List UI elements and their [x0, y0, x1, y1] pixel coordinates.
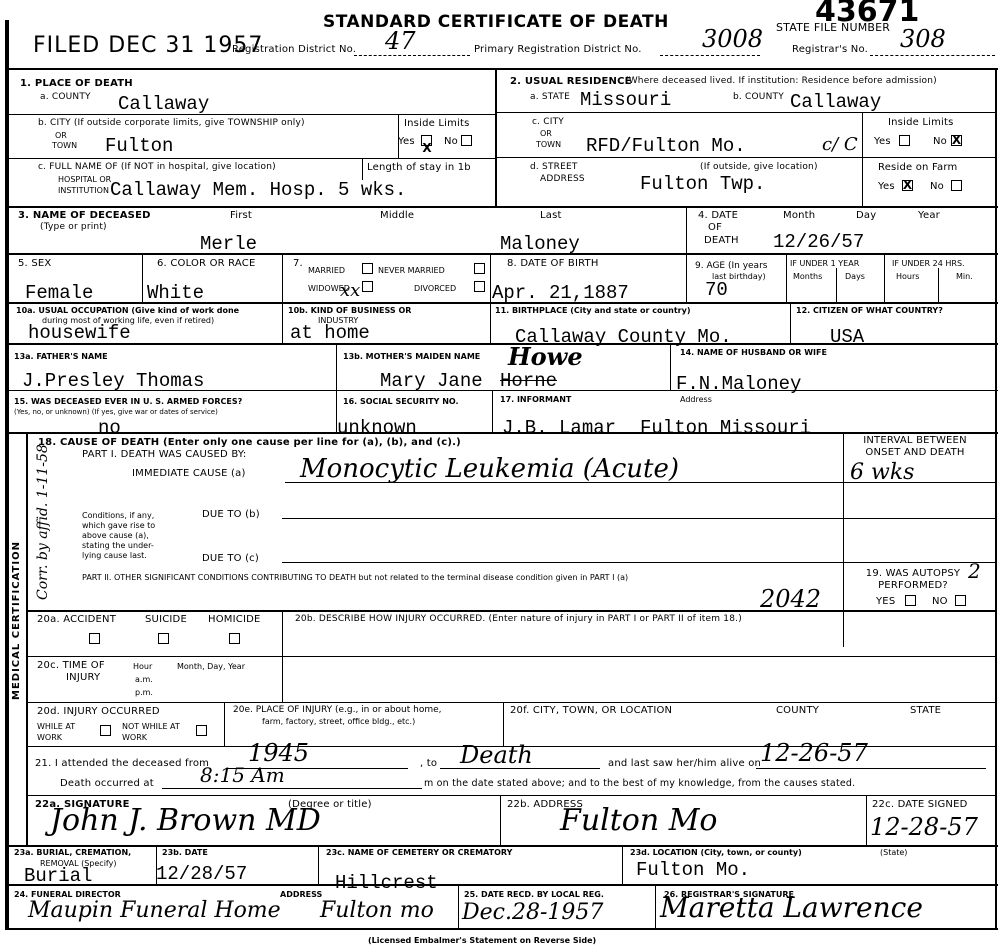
part2-label: PART II. OTHER SIGNIFICANT CONDITIONS CO…	[82, 573, 628, 582]
dod-label-2: OF	[708, 222, 722, 233]
occupation-value: housewife	[28, 323, 131, 343]
filed-stamp: FILED DEC 31 1957	[33, 33, 263, 58]
residence-inside-no-mark: X	[951, 135, 962, 146]
dob-value: Apr. 21,1887	[492, 283, 629, 303]
informant-address-value: Fulton Missouri	[640, 418, 811, 438]
registrars-no-value: 308	[900, 26, 946, 52]
divider-hours-min	[938, 268, 939, 303]
registration-district-value: 47	[385, 28, 416, 54]
rule-3	[8, 253, 998, 255]
birthplace-label: 11. BIRTHPLACE (City and state or countr…	[495, 306, 690, 315]
married-label: MARRIED	[308, 266, 345, 275]
mdy-label: Month, Day, Year	[177, 662, 245, 671]
primary-district-value: 3008	[702, 26, 763, 52]
autopsy-annotation: 2	[968, 558, 981, 584]
ssn-value: unknown	[337, 418, 417, 438]
widowed-checkbox[interactable]	[362, 281, 373, 292]
burial-location-value: Fulton Mo.	[636, 860, 750, 880]
dob-label: 8. DATE OF BIRTH	[507, 258, 599, 269]
death-occurred-label: Death occurred at	[60, 778, 154, 789]
hospital-or-label: HOSPITAL OR	[58, 175, 111, 184]
sex-label: 5. SEX	[18, 258, 51, 269]
mother-correction: Howe	[508, 344, 583, 370]
divider-interval	[843, 432, 844, 647]
divider-22b-22c	[866, 795, 867, 846]
registration-district-label: Registration District No.	[232, 44, 356, 55]
mother-label: 13b. MOTHER'S MAIDEN NAME	[343, 352, 480, 361]
rule-20a	[27, 656, 997, 657]
informant-address-label: Address	[680, 395, 712, 404]
informant-label: 17. INFORMANT	[500, 395, 571, 404]
burial-state-label: (State)	[880, 848, 907, 857]
residence-street-label: d. STREET	[530, 162, 578, 173]
dod-label-1: 4. DATE	[698, 210, 738, 221]
rule-23	[8, 884, 998, 886]
immediate-cause-label: IMMEDIATE CAUSE (a)	[132, 468, 246, 479]
age-value: 70	[705, 280, 728, 300]
autopsy-no-label: NO	[932, 596, 948, 607]
never-married-label: NEVER MARRIED	[378, 266, 445, 275]
inside-limits-no-checkbox[interactable]	[461, 135, 472, 146]
spouse-value: F.N.Maloney	[676, 374, 801, 394]
residence-street-note: (If outside, give location)	[700, 162, 818, 173]
divider-20d-20e	[224, 702, 225, 746]
part1-label: PART I. DEATH WAS CAUSED BY:	[82, 449, 246, 460]
citizen-label: 12. CITIZEN OF WHAT COUNTRY?	[796, 306, 943, 315]
divider-age-under	[786, 253, 787, 303]
divider-days-hours	[884, 253, 885, 303]
divider-mother-spouse	[670, 343, 671, 391]
informant-value: J.B. Lamar	[502, 418, 616, 438]
hospital-value: Callaway Mem. Hosp. 5 wks.	[110, 180, 406, 200]
occupation-label: 10a. USUAL OCCUPATION (Give kind of work…	[16, 306, 239, 315]
rule-10	[8, 343, 998, 345]
rule-1a	[8, 114, 496, 115]
county-label: a. COUNTY	[40, 92, 91, 103]
embalmer-footer-note: (Licensed Embalmer's Statement on Revers…	[368, 936, 596, 945]
frame-left	[5, 20, 9, 930]
dod-label-3: DEATH	[704, 235, 739, 246]
registration-district-line	[354, 55, 470, 56]
armed-forces-note: (Yes, no, or unknown) (If yes, give war …	[14, 408, 218, 417]
due-to-b-label: DUE TO (b)	[202, 509, 260, 520]
divider-date-death	[686, 206, 687, 254]
divider-25-26	[655, 884, 656, 929]
last-saw-line	[756, 768, 986, 769]
rule-13	[8, 390, 998, 391]
city-or-label: OR	[55, 131, 67, 140]
divider-months-days	[836, 268, 837, 303]
under-24-label: IF UNDER 24 HRS.	[892, 259, 965, 268]
usual-residence-label: 2. USUAL RESIDENCE	[510, 76, 632, 87]
last-saw-value: 12-26-57	[760, 740, 868, 766]
residence-street-value: Fulton Twp.	[640, 174, 765, 194]
dod-day-label: Day	[856, 210, 876, 221]
attended-to-label: , to	[420, 758, 437, 769]
inside-limits-yes-label: Yes	[398, 136, 415, 147]
never-married-checkbox[interactable]	[474, 263, 485, 274]
suicide-checkbox[interactable]	[158, 633, 169, 644]
rule-section-2	[8, 206, 998, 208]
due-to-c-line	[282, 562, 996, 563]
burial-date-value: 12/28/57	[156, 864, 247, 884]
farm-no-checkbox[interactable]	[951, 180, 962, 191]
not-while-at-work-checkbox[interactable]	[196, 725, 207, 736]
divorced-checkbox[interactable]	[474, 281, 485, 292]
registrars-no-line	[870, 55, 995, 56]
divider-occ-business	[282, 302, 283, 344]
under-1-year-label: IF UNDER 1 YEAR	[790, 259, 859, 268]
reside-on-farm-label: Reside on Farm	[878, 162, 957, 173]
primary-district-line	[660, 55, 760, 56]
not-while-at-work-label: NOT WHILE AT WORK	[122, 721, 182, 743]
divorced-label: DIVORCED	[414, 284, 456, 293]
attended-label: 21. I attended the deceased from	[35, 758, 209, 769]
burial-type-value: Burial	[24, 866, 92, 886]
inside-limits-label: Inside Limits	[404, 118, 470, 129]
residence-address-label: ADDRESS	[540, 174, 585, 185]
divider-24-25	[458, 884, 459, 929]
date-signed-label: 22c. DATE SIGNED	[872, 799, 968, 810]
spouse-label: 14. NAME OF HUSBAND OR WIFE	[680, 348, 827, 357]
age-label: 9. AGE (In years	[695, 262, 767, 271]
homicide-label: HOMICIDE	[208, 614, 261, 625]
cemetery-label: 23c. NAME OF CEMETERY OR CREMATORY	[326, 848, 512, 857]
divider-col-1-2	[495, 68, 497, 208]
marital-number: 7.	[293, 258, 303, 269]
place-county-value: Callaway	[118, 94, 209, 114]
residence-yes-label: Yes	[874, 136, 891, 147]
describe-injury-label: 20b. DESCRIBE HOW INJURY OCCURRED. (Ente…	[295, 614, 742, 625]
length-of-stay-label: Length of stay in 1b	[367, 162, 471, 173]
divider-father-mother	[336, 343, 337, 391]
date-of-death-value: 12/26/57	[773, 232, 864, 252]
race-value: White	[147, 283, 204, 303]
physician-signature: John J. Brown MD	[50, 808, 321, 834]
homicide-checkbox[interactable]	[229, 633, 240, 644]
cause-of-death-label: 18. CAUSE OF DEATH (Enter only one cause…	[38, 437, 461, 448]
conditions-note-1: Conditions, if any,	[82, 511, 154, 520]
hospital-label: c. FULL NAME OF (If NOT in hospital, giv…	[38, 162, 276, 173]
armed-forces-value: no	[98, 418, 121, 438]
name-type-note: (Type or print)	[40, 222, 107, 233]
last-name-value: Maloney	[500, 234, 580, 254]
last-label: Last	[540, 210, 562, 221]
farm-yes-label: Yes	[878, 181, 895, 192]
pm-label: p.m.	[135, 688, 153, 697]
father-value: J.Presley Thomas	[22, 371, 204, 391]
rule-2a	[496, 112, 996, 113]
place-injury-label-2: farm, factory, street, office bldg., etc…	[262, 717, 415, 726]
burial-date-label: 23b. DATE	[162, 848, 208, 857]
dod-month-label: Month	[783, 210, 815, 221]
residence-state-value: Missouri	[580, 90, 671, 110]
middle-label: Middle	[380, 210, 414, 221]
immediate-cause-value: Monocytic Leukemia (Acute)	[300, 456, 679, 482]
divider-length-stay	[362, 158, 363, 180]
armed-forces-label: 15. WAS DECEASED EVER IN U. S. ARMED FOR…	[14, 397, 242, 406]
usual-residence-note: (Where deceased lived. If institution: R…	[625, 76, 975, 87]
divider-20e-20f	[503, 702, 504, 746]
divider-marital-dob	[490, 253, 491, 303]
certificate-title: STANDARD CERTIFICATE OF DEATH	[323, 12, 669, 32]
autopsy-yes-label: YES	[876, 596, 895, 607]
medical-side-divider	[26, 432, 28, 846]
part2-code: 2042	[760, 586, 821, 612]
divider-race-marital	[282, 253, 283, 303]
rule-21	[27, 795, 997, 796]
residence-inside-yes-checkbox[interactable]	[899, 135, 910, 146]
primary-district-label: Primary Registration District No.	[474, 44, 642, 55]
time-injury-label: 20c. TIME OF	[37, 660, 105, 671]
accident-checkbox[interactable]	[89, 633, 100, 644]
divider-business-birthplace	[490, 302, 491, 344]
accident-label: 20a. ACCIDENT	[37, 614, 116, 625]
medical-side-annotation: Corr. by affid. 1-11-58	[30, 444, 56, 600]
residence-city-town: TOWN	[536, 140, 561, 149]
business-label: 10b. KIND OF BUSINESS OR	[288, 306, 411, 315]
rule-5	[8, 302, 998, 304]
divider-inside-limits-2	[862, 112, 863, 207]
farm-no-label: No	[930, 181, 944, 192]
residence-county-label: b. COUNTY	[733, 92, 784, 103]
mother-value: Mary Jane	[380, 371, 483, 391]
burial-location-label: 23d. LOCATION (City, town, or county)	[630, 848, 802, 857]
injury-state-label: STATE	[910, 705, 941, 716]
divider-23c-23d	[622, 845, 623, 885]
farm-yes-mark: X	[902, 180, 913, 191]
months-label: Months	[793, 272, 822, 281]
residence-county-value: Callaway	[790, 92, 881, 112]
first-name-value: Merle	[200, 234, 257, 254]
divider-23b-23c	[318, 845, 319, 885]
suicide-label: SUICIDE	[145, 614, 187, 625]
sex-value: Female	[25, 283, 93, 303]
first-label: First	[230, 210, 252, 221]
interval-rule-a	[843, 482, 996, 483]
place-injury-label: 20e. PLACE OF INJURY (e.g., in or about …	[233, 706, 442, 715]
place-of-death-label: 1. PLACE OF DEATH	[20, 78, 133, 89]
divider-birthplace-citizen	[790, 302, 791, 344]
divider-sex-race	[142, 253, 143, 303]
business-value: at home	[290, 323, 370, 343]
frame-top	[8, 68, 998, 70]
rule-2b	[496, 157, 996, 158]
residence-state-label: a. STATE	[530, 92, 570, 103]
am-label: a.m.	[135, 675, 153, 684]
residence-city-or: OR	[540, 129, 552, 138]
days-label: Days	[845, 272, 865, 281]
autopsy-yes-checkbox[interactable]	[905, 595, 916, 606]
date-signed-value: 12-28-57	[870, 814, 978, 840]
inside-limits-yes-mark: X	[422, 143, 432, 154]
death-occurred-tail: m on the date stated above; and to the b…	[424, 778, 855, 789]
death-time-value: 8:15 Am	[200, 762, 285, 788]
place-city-value: Fulton	[105, 136, 173, 156]
divider-ssn-informant	[492, 390, 493, 432]
director-address-label: ADDRESS	[280, 890, 322, 899]
city-town-label: TOWN	[52, 141, 77, 150]
death-time-line	[162, 788, 422, 789]
state-file-number-label: STATE FILE NUMBER	[776, 22, 890, 33]
time-injury-label-2: INJURY	[66, 672, 100, 683]
ssn-label: 16. SOCIAL SECURITY NO.	[343, 397, 459, 406]
frame-right	[995, 68, 997, 930]
autopsy-label: 19. WAS AUTOPSY PERFORMED?	[858, 568, 968, 592]
date-recd-value: Dec.28-1957	[462, 900, 603, 926]
last-saw-label: and last saw her/him alive on	[608, 758, 761, 769]
mother-struck-value: Horne	[500, 371, 557, 391]
min-label: Min.	[956, 272, 973, 281]
while-at-work-label: WHILE AT WORK	[37, 721, 93, 743]
injury-occurred-label: 20d. INJURY OCCURRED	[37, 706, 160, 717]
rule-20c	[27, 702, 997, 703]
physician-address: Fulton Mo	[560, 808, 718, 834]
director-address-value: Fulton mo	[320, 898, 434, 924]
interval-label: INTERVAL BETWEEN ONSET AND DEATH	[850, 435, 980, 459]
divider-dob-age	[686, 253, 687, 303]
rule-1b	[8, 158, 496, 159]
hours-label: Hours	[896, 272, 919, 281]
conditions-note-5: lying cause last.	[82, 551, 147, 560]
residence-city-label: c. CITY	[532, 117, 564, 128]
injury-county-label: COUNTY	[776, 705, 819, 716]
married-checkbox[interactable]	[362, 263, 373, 274]
residence-inside-limits-label: Inside Limits	[888, 117, 954, 128]
city-label: b. CITY (If outside corporate limits, gi…	[38, 118, 305, 129]
conditions-note-3: above cause (a),	[82, 531, 149, 540]
dod-year-label: Year	[918, 210, 940, 221]
residence-city-annotation: c/ C	[822, 132, 858, 158]
autopsy-no-checkbox[interactable]	[955, 595, 966, 606]
residence-city-value: RFD/Fulton Mo.	[586, 136, 746, 156]
divider-22a-22b	[500, 795, 501, 846]
medical-certification-side-label: MEDICAL CERTIFICATION	[11, 541, 22, 700]
registrars-no-label: Registrar's No.	[792, 44, 868, 55]
due-to-b-line	[282, 518, 996, 519]
institution-label: INSTITUTION	[58, 186, 109, 195]
registrar-signature: Maretta Lawrence	[660, 895, 923, 921]
burial-type-label: 23a. BURIAL, CREMATION,	[14, 848, 131, 857]
due-to-c-label: DUE TO (c)	[202, 553, 259, 564]
hour-label: Hour	[133, 662, 152, 671]
frame-bottom	[8, 928, 998, 930]
while-at-work-checkbox[interactable]	[100, 725, 111, 736]
cemetery-value: Hillcrest	[335, 873, 438, 893]
widowed-mark: xx	[340, 278, 360, 304]
residence-no-label: No	[933, 136, 947, 147]
date-recd-label: 25. DATE RECD. BY LOCAL REG.	[464, 890, 604, 899]
funeral-director-value: Maupin Funeral Home	[28, 898, 281, 924]
race-label: 6. COLOR OR RACE	[157, 258, 256, 269]
rule-15	[8, 432, 998, 434]
injury-city-label: 20f. CITY, TOWN, OR LOCATION	[510, 705, 672, 716]
name-deceased-label: 3. NAME OF DECEASED	[18, 210, 151, 221]
inside-limits-no-label: No	[444, 136, 458, 147]
rule-18	[27, 610, 997, 612]
conditions-note-2: which gave rise to	[82, 521, 155, 530]
father-label: 13a. FATHER'S NAME	[14, 352, 108, 361]
conditions-note-4: stating the under-	[82, 541, 154, 550]
attended-to-value: Death	[460, 742, 533, 768]
